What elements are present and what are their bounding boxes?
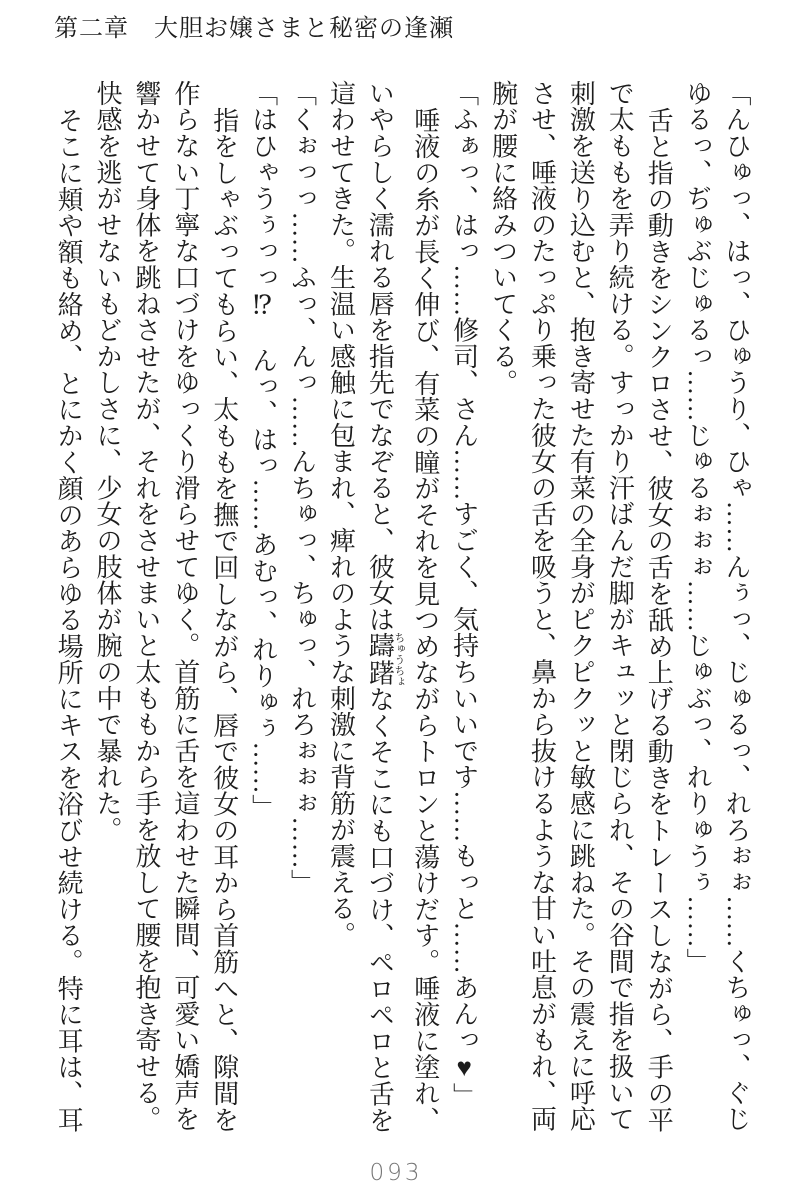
text-line: 快感を逃がせないもどかしさに、少女の肢体が腕の中で暴れた。 — [87, 80, 126, 1132]
text-line: ゆるっ、ぢゅぶじゅるっ……じゅるぉぉぉ……じゅぶっ、れりゅうぅ……」 — [677, 80, 716, 1132]
page-text: 「んひゅっ、はっ、ひゅうり、ひゃ……んぅっ、じゅるっ、れろぉぉ……くちゅっ、ぐじ… — [48, 80, 755, 1132]
text-segment: なくそこにも口づけ、ペロペロと舌を — [365, 686, 394, 1133]
text-line: 唾液の糸が長く伸び、有菜の瞳がそれを見つめながらトロンと蕩けだす。唾液に塗れ、 — [405, 80, 444, 1159]
text-line: 這わせてきた。生温い感触に包まれ、痺れのような刺激に背筋が震える。 — [321, 80, 360, 1132]
text-line: で太ももを弄り続ける。すっかり汗ばんだ脚がキュッと閉じられ、その谷間で指を扱いて — [599, 80, 638, 1132]
text-line: 作らない丁寧な口づけをゆっくり滑らせてゆく。首筋に舌を這わせた瞬間、可愛い嬌声を — [165, 80, 204, 1132]
text-segment: いやらしく濡れる唇を指先でなぞると、彼女は — [365, 80, 394, 632]
furigana-ruby: 躊躇ちゅうちょ — [365, 632, 394, 686]
text-line: 響かせて身体を跳ねさせたが、それをさせまいと太ももから手を放して腰を抱き寄せる。 — [126, 80, 165, 1132]
text-line: いやらしく濡れる唇を指先でなぞると、彼女は躊躇ちゅうちょなくそこにも口づけ、ペロ… — [359, 80, 404, 1132]
chapter-header: 第二章 大胆お嬢さまと秘密の逢瀬 — [54, 8, 454, 43]
text-line: させ、唾液のたっぷり乗った彼女の舌を吸うと、鼻から抜けるような甘い吐息がもれ、両 — [522, 80, 561, 1132]
text-line: 指をしゃぶってもらい、太ももを撫で回しながら、唇で彼女の耳から首筋へと、隙間を — [204, 80, 243, 1159]
text-line: 腕が腰に絡みついてくる。 — [483, 80, 522, 1132]
text-line: 「くぉっっ……ふっ、んっ……んちゅっ、ちゅっ、れろぉぉぉ……」 — [282, 80, 321, 1132]
text-line: 「はひゃうぅっっ⁉ んっ、はっ……あむっ、れりゅぅ……」 — [243, 80, 282, 1132]
text-line: 「んひゅっ、はっ、ひゅうり、ひゃ……んぅっ、じゅるっ、れろぉぉ……くちゅっ、ぐじ — [716, 80, 755, 1132]
text-line: 「ふぁっ、はっ……修司、さん……すごく、気持ちいいです……もっと……あんっ♥」 — [444, 80, 483, 1132]
text-line: 舌と指の動きをシンクロさせ、彼女の舌を舐め上げる動きをトレースしながら、手の平 — [638, 80, 677, 1159]
text-line: そこに頬や額も絡め、とにかく顔のあらゆる場所にキスを浴びせ続ける。特に耳は、耳 — [48, 80, 87, 1159]
text-line: 刺激を送り込むと、抱き寄せた有菜の全身がピクピクッと敏感に跳ねた。その震えに呼応 — [560, 80, 599, 1132]
page-number: 093 — [0, 1160, 792, 1186]
